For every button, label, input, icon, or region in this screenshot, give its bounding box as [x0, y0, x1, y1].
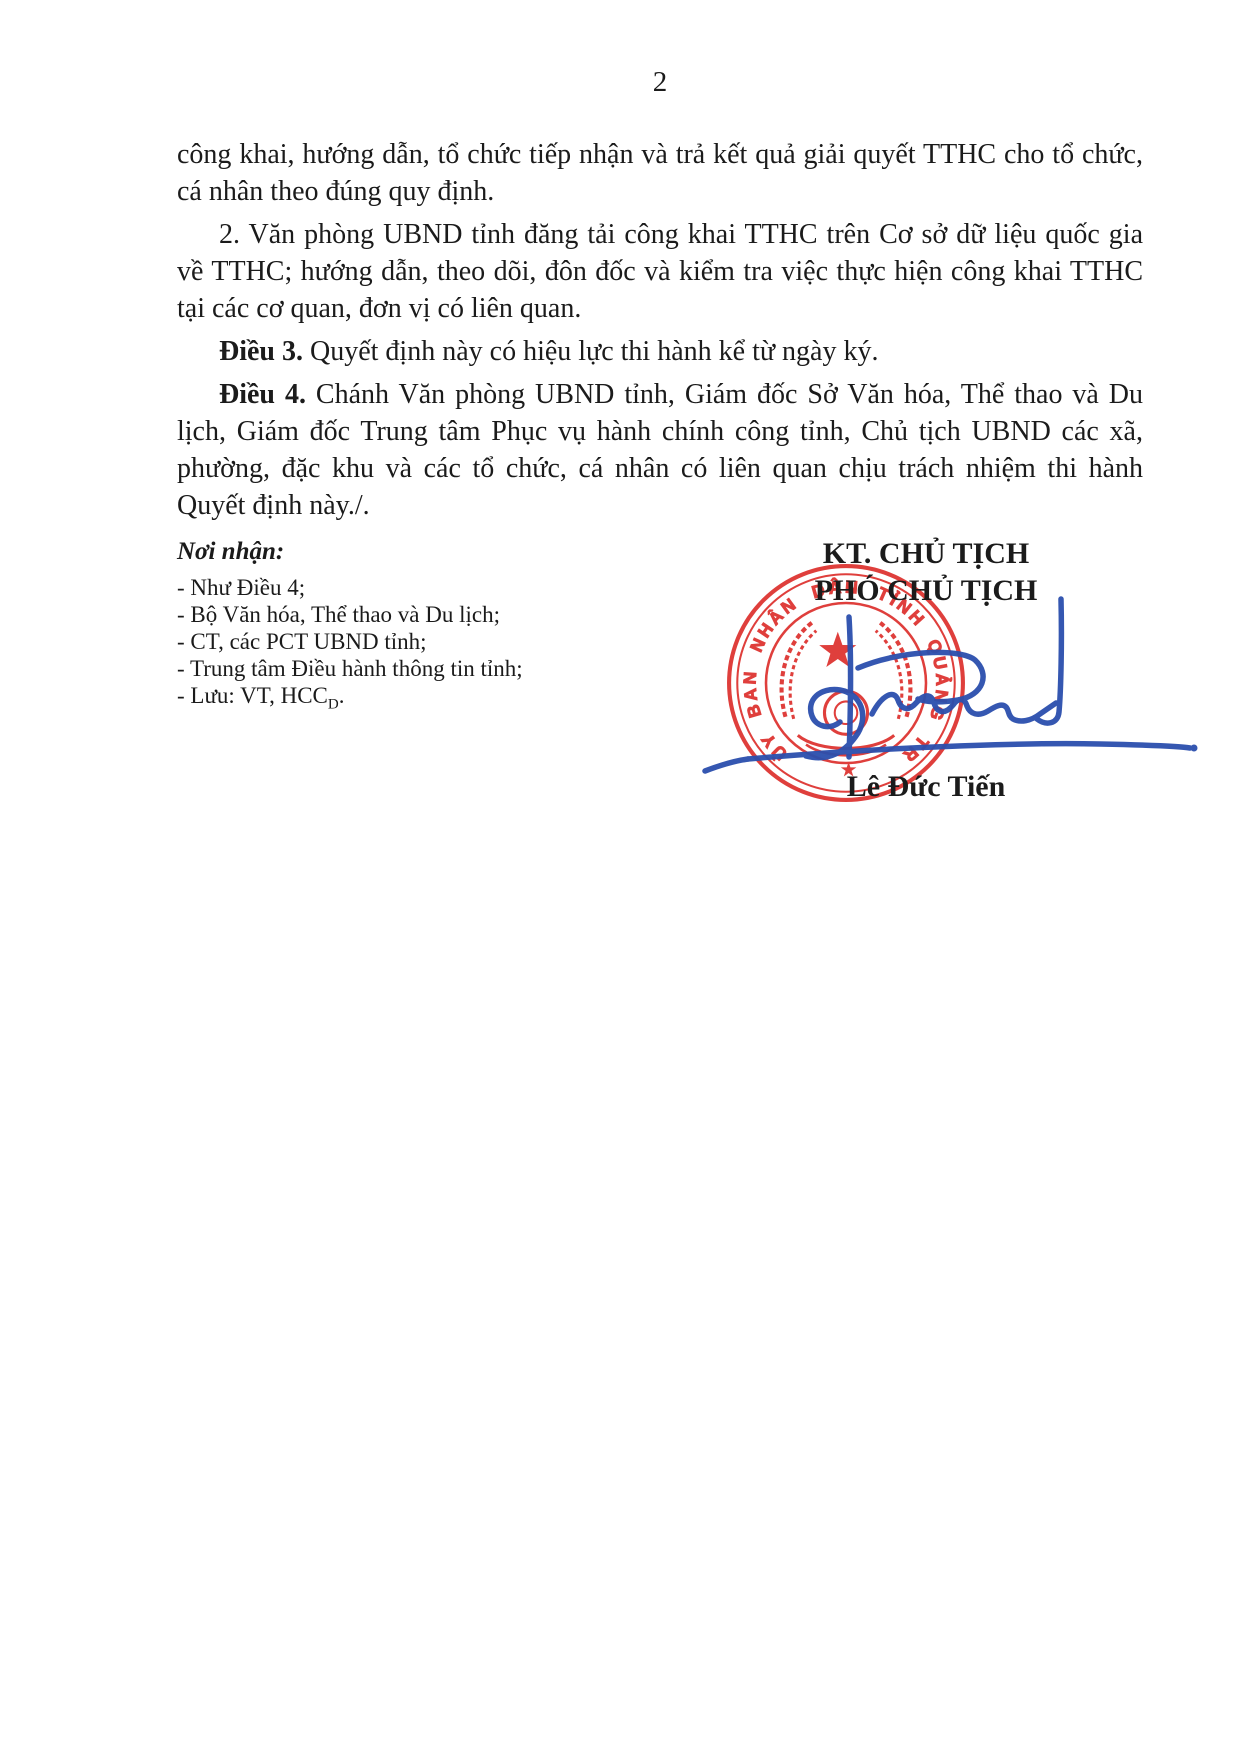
seal-cog-inner	[835, 701, 858, 724]
page-number: 2	[177, 66, 1143, 99]
seal-cog-outer	[824, 691, 867, 734]
document-page: 2 công khai, hướng dẫn, tổ chức tiếp nhậ…	[0, 0, 1241, 1755]
signature-end-dot	[1191, 745, 1198, 752]
paragraph: 2. Văn phòng UBND tỉnh đăng tải công kha…	[177, 216, 1143, 327]
seal-emblem-star-icon	[819, 632, 856, 667]
recipients-header: Nơi nhận:	[177, 538, 617, 566]
recipient-item: - CT, các PCT UBND tỉnh;	[177, 628, 617, 655]
signature-vertical-stroke	[1037, 599, 1061, 723]
signer-name: Lê Đức Tiến	[700, 770, 1152, 804]
seal-wreath-right	[880, 622, 911, 716]
signature-title-block: KT. CHỦ TỊCH PHÓ CHỦ TỊCH	[700, 535, 1152, 609]
signer-title-line2: PHÓ CHỦ TỊCH	[700, 572, 1152, 609]
recipients-block: Nơi nhận: - Như Điều 4;- Bộ Văn hóa, Thể…	[177, 538, 617, 719]
recipients-list: - Như Điều 4;- Bộ Văn hóa, Thể thao và D…	[177, 574, 617, 719]
recipient-item: - Lưu: VT, HCCD.	[177, 682, 617, 719]
paragraph: Điều 3. Quyết định này có hiệu lực thi h…	[177, 333, 1143, 370]
body-paragraphs: công khai, hướng dẫn, tổ chức tiếp nhận …	[177, 136, 1143, 530]
recipient-item: - Bộ Văn hóa, Thể thao và Du lịch;	[177, 601, 617, 628]
seal-wreath-left	[782, 622, 813, 716]
paragraph: Điều 4. Chánh Văn phòng UBND tỉnh, Giám …	[177, 376, 1143, 524]
recipient-item: - Như Điều 4;	[177, 574, 617, 601]
recipient-item: - Trung tâm Điều hành thông tin tỉnh;	[177, 655, 617, 682]
seal-banner	[798, 735, 894, 748]
signer-title-line1: KT. CHỦ TỊCH	[700, 535, 1152, 572]
paragraph: công khai, hướng dẫn, tổ chức tiếp nhận …	[177, 136, 1143, 210]
